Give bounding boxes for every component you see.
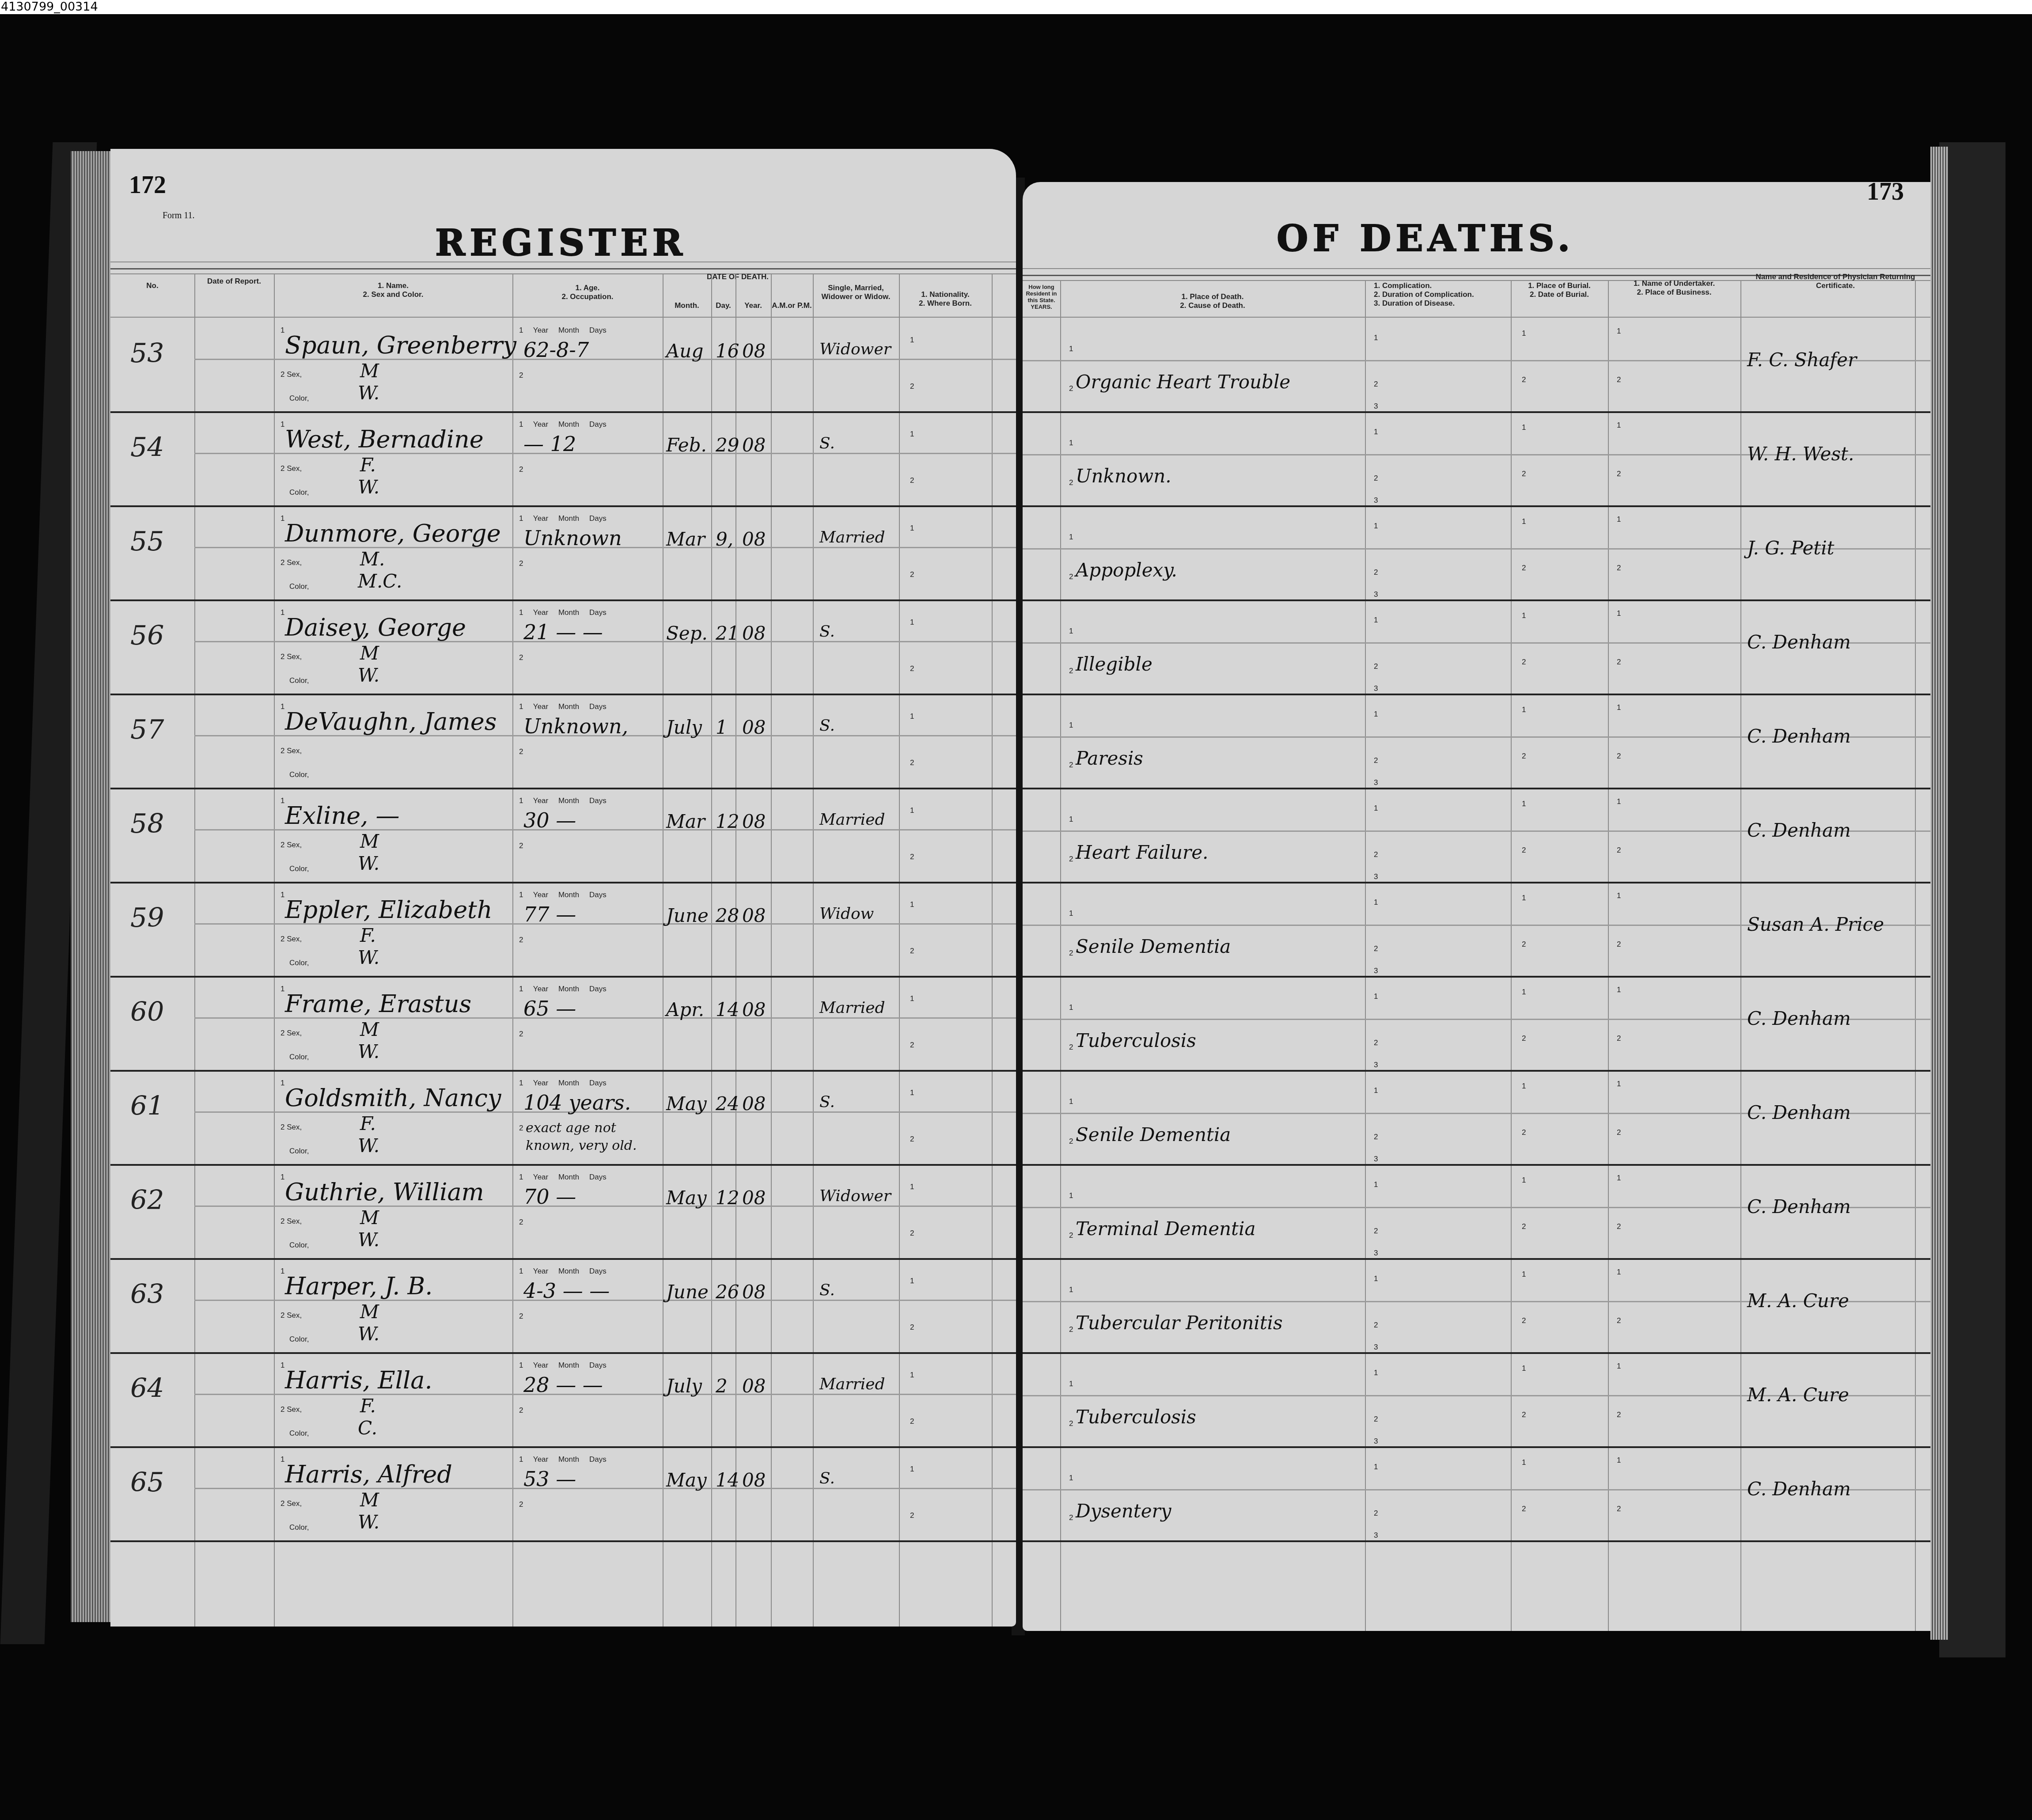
complication-label: 1: [1374, 428, 1378, 436]
death-year: 08: [742, 434, 766, 456]
register-row-left: 651Harris, Alfred2 Sex,MColor,W.1 Year M…: [110, 1447, 1016, 1541]
decedent-name: Spaun, Greenberry: [285, 331, 516, 359]
marital-status: Widow: [819, 905, 874, 923]
decedent-name: Guthrie, William: [285, 1178, 484, 1206]
burial-place-label: 1: [1522, 1176, 1526, 1185]
occupation-label: 2: [519, 1500, 523, 1509]
complication-duration-label: 2: [1374, 474, 1378, 483]
cause-of-death: Illegible: [1076, 653, 1152, 675]
decedent-color: W.: [358, 476, 379, 498]
occupation-label: 2: [519, 465, 523, 474]
age-units-label: 1 Year Month Days: [519, 985, 607, 993]
decedent-color: W.: [358, 1041, 379, 1062]
register-row-left: 601Frame, Erastus2 Sex,MColor,W.1 Year M…: [110, 977, 1016, 1071]
register-row-right: 12Senile Dementia1231212Susan A. Price: [1023, 883, 1930, 977]
death-month: Mar: [666, 811, 705, 832]
decedent-sex: M: [360, 642, 379, 664]
burial-place-label: 1: [1522, 517, 1526, 526]
sex-label: 2 Sex,: [281, 1405, 302, 1414]
color-label: Color,: [289, 1429, 309, 1438]
nationality-label: 1: [910, 618, 914, 627]
decedent-sex: M: [360, 1489, 379, 1511]
marital-status: S.: [819, 622, 835, 641]
register-row-left: 581Exline, —2 Sex,MColor,W.1 Year Month …: [110, 789, 1016, 883]
occupation-label: 2: [519, 1406, 523, 1415]
name-line-label: 1: [281, 702, 284, 711]
col-header-residence: How long Resident in this State. YEARS.: [1023, 284, 1060, 310]
sex-label: 2 Sex,: [281, 558, 302, 567]
undertaker-label: 1: [1617, 1080, 1621, 1088]
decedent-sex: M: [360, 830, 379, 852]
row-divider: [1023, 1540, 1930, 1542]
decedent-sex: M: [360, 360, 379, 382]
place-label: 1: [1069, 533, 1073, 542]
col-header-place-cause: 1. Place of Death. 2. Cause of Death.: [1060, 292, 1365, 310]
page-title-left: REGISTER: [435, 222, 687, 264]
complication-duration-label: 2: [1374, 662, 1378, 671]
cause-label: 2: [1069, 949, 1073, 958]
nationality-label: 1: [910, 336, 914, 345]
business-label: 2: [1617, 1410, 1621, 1419]
header-rule: [1023, 317, 1930, 318]
death-month: May: [666, 1469, 707, 1491]
image-id-label: 4130799_00314: [0, 0, 2032, 14]
book-cover-right: [1939, 142, 2005, 1657]
cause-of-death: Dysentery: [1076, 1500, 1171, 1522]
death-day: 16: [716, 340, 739, 362]
occupation-label: 2: [519, 1124, 523, 1133]
birthplace-label: 2: [910, 664, 914, 673]
decedent-name: West, Bernadine: [285, 425, 484, 453]
decedent-sex: F.: [360, 1395, 376, 1417]
death-day: 9,: [716, 528, 733, 550]
decedent-sex: F.: [360, 925, 376, 946]
page-edges-left: [71, 151, 110, 1622]
death-month: July: [666, 717, 702, 738]
complication-label: 1: [1374, 616, 1378, 625]
color-label: Color,: [289, 959, 309, 967]
sex-label: 2 Sex,: [281, 464, 302, 473]
complication-duration-label: 2: [1374, 756, 1378, 765]
complication-label: 1: [1374, 1369, 1378, 1377]
col-header-undertaker: 1. Name of Undertaker. 2. Place of Busin…: [1608, 279, 1740, 297]
color-label: Color,: [289, 676, 309, 685]
physician-name: W. H. West.: [1747, 443, 1854, 465]
complication-label: 1: [1374, 1180, 1378, 1189]
disease-duration-label: 3: [1374, 872, 1378, 881]
birthplace-label: 2: [910, 476, 914, 485]
color-label: Color,: [289, 1053, 309, 1062]
burial-date-label: 2: [1522, 940, 1526, 949]
physician-name: Susan A. Price: [1747, 914, 1884, 935]
register-row-left: 621Guthrie, William2 Sex,MColor,W.1 Year…: [110, 1165, 1016, 1259]
nationality-label: 1: [910, 1088, 914, 1097]
decedent-sex: M.: [360, 548, 385, 570]
color-label: Color,: [289, 864, 309, 873]
complication-label: 1: [1374, 804, 1378, 813]
register-row-right: 12Appoplexy.1231212J. G. Petit: [1023, 506, 1930, 600]
decedent-age: 65 —: [523, 997, 576, 1020]
decedent-name: Harris, Alfred: [285, 1460, 452, 1488]
burial-date-label: 2: [1522, 1410, 1526, 1419]
register-row-right: 12Tuberculosis1231212M. A. Cure: [1023, 1353, 1930, 1447]
disease-duration-label: 3: [1374, 1437, 1378, 1446]
marital-status: Married: [819, 1375, 885, 1393]
decedent-name: Dunmore, George: [285, 519, 501, 547]
complication-duration-label: 2: [1374, 1321, 1378, 1330]
nationality-label: 1: [910, 712, 914, 721]
page-title-right: OF DEATHS.: [1277, 217, 1574, 260]
place-label: 1: [1069, 1003, 1073, 1012]
complication-duration-label: 2: [1374, 1039, 1378, 1047]
cause-of-death: Paresis: [1076, 747, 1143, 769]
age-units-label: 1 Year Month Days: [519, 514, 607, 523]
undertaker-label: 1: [1617, 515, 1621, 524]
burial-date-label: 2: [1522, 1034, 1526, 1043]
marital-status: Married: [819, 528, 885, 546]
decedent-color: W.: [358, 853, 379, 874]
death-month: May: [666, 1093, 707, 1115]
place-label: 1: [1069, 627, 1073, 636]
sex-label: 2 Sex,: [281, 1123, 302, 1132]
death-day: 2: [716, 1375, 728, 1397]
entry-number: 53: [130, 338, 164, 369]
birthplace-label: 2: [910, 1417, 914, 1426]
place-label: 1: [1069, 909, 1073, 918]
cause-of-death: Tubercular Peritonitis: [1076, 1312, 1283, 1334]
occupation-label: 2: [519, 653, 523, 662]
death-day: 21: [716, 622, 739, 644]
occupation-label: 2: [519, 1030, 523, 1039]
disease-duration-label: 3: [1374, 1343, 1378, 1352]
cause-label: 2: [1069, 1325, 1073, 1334]
burial-place-label: 1: [1522, 1458, 1526, 1467]
complication-duration-label: 2: [1374, 1415, 1378, 1424]
cause-of-death: Senile Dementia: [1076, 936, 1231, 957]
death-month: Feb.: [666, 434, 707, 456]
complication-label: 1: [1374, 710, 1378, 719]
marital-status: S.: [819, 717, 835, 735]
birthplace-label: 2: [910, 758, 914, 767]
complication-label: 1: [1374, 1086, 1378, 1095]
death-day: 24: [716, 1093, 739, 1115]
decedent-age: 21 — —: [523, 620, 603, 644]
death-day: 28: [716, 905, 739, 926]
disease-duration-label: 3: [1374, 1061, 1378, 1069]
cause-of-death: Appoplexy.: [1076, 559, 1177, 581]
col-header-ampm: A.M.or P.M.: [771, 301, 813, 310]
decedent-occupation: exact age not known, very old.: [526, 1119, 658, 1155]
birthplace-label: 2: [910, 1229, 914, 1238]
business-label: 2: [1617, 752, 1621, 761]
sex-label: 2 Sex,: [281, 1217, 302, 1226]
complication-label: 1: [1374, 522, 1378, 531]
scan-background: 172 Form 11. REGISTER No. Date of Report…: [0, 14, 2032, 1820]
death-year: 08: [742, 622, 766, 644]
age-units-label: 1 Year Month Days: [519, 1361, 607, 1370]
death-month: May: [666, 1187, 707, 1209]
col-header-date-of-report: Date of Report.: [194, 277, 274, 286]
death-year: 08: [742, 999, 766, 1020]
name-line-label: 1: [281, 1455, 284, 1464]
register-row-right: 12Illegible1231212C. Denham: [1023, 600, 1930, 694]
decedent-color: W.: [358, 664, 379, 686]
name-line-label: 1: [281, 514, 284, 523]
header-rule: [1023, 268, 1930, 269]
nationality-label: 1: [910, 430, 914, 439]
color-label: Color,: [289, 1335, 309, 1344]
decedent-age: 30 —: [523, 808, 576, 832]
disease-duration-label: 3: [1374, 684, 1378, 693]
register-row-right: 12Tuberculosis1231212C. Denham: [1023, 977, 1930, 1071]
col-header-year: Year.: [735, 301, 771, 310]
nationality-label: 1: [910, 900, 914, 909]
complication-label: 1: [1374, 334, 1378, 342]
birthplace-label: 2: [910, 1323, 914, 1332]
burial-date-label: 2: [1522, 658, 1526, 667]
physician-name: C. Denham: [1747, 1196, 1851, 1217]
header-rule: [110, 262, 1016, 262]
cause-label: 2: [1069, 667, 1073, 675]
physician-name: C. Denham: [1747, 1008, 1851, 1029]
marital-status: Widower: [819, 340, 891, 358]
burial-date-label: 2: [1522, 1222, 1526, 1231]
undertaker-label: 1: [1617, 609, 1621, 618]
decedent-name: Harper, J. B.: [285, 1272, 432, 1300]
complication-duration-label: 2: [1374, 380, 1378, 389]
sex-label: 2 Sex,: [281, 652, 302, 661]
occupation-label: 2: [519, 842, 523, 850]
register-row-left: 591Eppler, Elizabeth2 Sex,F.Color,W.1 Ye…: [110, 883, 1016, 977]
burial-place-label: 1: [1522, 423, 1526, 432]
occupation-label: 2: [519, 371, 523, 380]
birthplace-label: 2: [910, 570, 914, 579]
physician-name: M. A. Cure: [1747, 1290, 1849, 1312]
name-line-label: 1: [281, 1361, 284, 1370]
burial-date-label: 2: [1522, 1128, 1526, 1137]
undertaker-label: 1: [1617, 891, 1621, 900]
decedent-sex: M: [360, 1207, 379, 1228]
decedent-sex: M: [360, 1301, 379, 1323]
name-line-label: 1: [281, 420, 284, 429]
nationality-label: 1: [910, 1277, 914, 1285]
occupation-label: 2: [519, 747, 523, 756]
disease-duration-label: 3: [1374, 1531, 1378, 1540]
entry-number: 55: [130, 526, 164, 557]
birthplace-label: 2: [910, 853, 914, 861]
color-label: Color,: [289, 770, 309, 779]
business-label: 2: [1617, 1505, 1621, 1513]
entry-number: 61: [130, 1091, 164, 1122]
register-row-right: 12Tubercular Peritonitis1231212M. A. Cur…: [1023, 1259, 1930, 1353]
entry-number: 63: [130, 1279, 164, 1310]
undertaker-label: 1: [1617, 421, 1621, 430]
register-row-right: 12Senile Dementia1231212C. Denham: [1023, 1071, 1930, 1165]
nationality-label: 1: [910, 1371, 914, 1380]
name-line-label: 1: [281, 1079, 284, 1088]
burial-place-label: 1: [1522, 329, 1526, 338]
occupation-label: 2: [519, 936, 523, 944]
age-units-label: 1 Year Month Days: [519, 608, 607, 617]
death-year: 08: [742, 1375, 766, 1397]
occupation-label: 2: [519, 1218, 523, 1227]
color-label: Color,: [289, 582, 309, 591]
decedent-sex: F.: [360, 1113, 376, 1134]
color-label: Color,: [289, 1147, 309, 1156]
age-units-label: 1 Year Month Days: [519, 891, 607, 899]
decedent-age: Unknown: [523, 526, 622, 550]
cause-label: 2: [1069, 1419, 1073, 1428]
name-line-label: 1: [281, 985, 284, 993]
register-row-left: 551Dunmore, George2 Sex,M.Color,M.C.1 Ye…: [110, 506, 1016, 600]
death-year: 08: [742, 905, 766, 926]
cause-of-death: Heart Failure.: [1076, 842, 1208, 863]
business-label: 2: [1617, 1316, 1621, 1325]
register-row-left: 611Goldsmith, Nancy2 Sex,F.Color,W.1 Yea…: [110, 1071, 1016, 1165]
cause-of-death: Tuberculosis: [1076, 1030, 1196, 1051]
physician-name: C. Denham: [1747, 1478, 1851, 1500]
decedent-name: Eppler, Elizabeth: [285, 896, 493, 924]
decedent-color: W.: [358, 1229, 379, 1251]
death-year: 08: [742, 528, 766, 550]
physician-name: C. Denham: [1747, 1102, 1851, 1123]
burial-place-label: 1: [1522, 611, 1526, 620]
death-day: 1: [716, 717, 728, 738]
age-units-label: 1 Year Month Days: [519, 1455, 607, 1464]
marital-status: S.: [819, 434, 835, 452]
age-units-label: 1 Year Month Days: [519, 702, 607, 711]
sex-label: 2 Sex,: [281, 935, 302, 944]
disease-duration-label: 3: [1374, 1249, 1378, 1258]
marital-status: S.: [819, 1281, 835, 1299]
col-header-marital: Single, Married, Widower or Widow.: [813, 284, 899, 301]
color-label: Color,: [289, 1523, 309, 1532]
sex-label: 2 Sex,: [281, 370, 302, 379]
decedent-age: — 12: [523, 432, 576, 456]
undertaker-label: 1: [1617, 1456, 1621, 1465]
register-row-right: 12Unknown.1231212W. H. West.: [1023, 412, 1930, 506]
cause-label: 2: [1069, 384, 1073, 393]
cause-label: 2: [1069, 1231, 1073, 1240]
undertaker-label: 1: [1617, 1362, 1621, 1371]
cause-of-death: Senile Dementia: [1076, 1124, 1231, 1145]
decedent-name: DeVaughn, James: [285, 708, 497, 736]
page-number-left: 172: [129, 171, 166, 199]
death-day: 12: [716, 811, 739, 832]
decedent-age: 28 — —: [523, 1373, 603, 1397]
name-line-label: 1: [281, 608, 284, 617]
register-row-right: 12Dysentery1231212C. Denham: [1023, 1447, 1930, 1541]
cause-of-death: Tuberculosis: [1076, 1406, 1196, 1428]
age-units-label: 1 Year Month Days: [519, 420, 607, 429]
row-divider: [110, 1540, 1016, 1542]
disease-duration-label: 3: [1374, 402, 1378, 411]
decedent-age: 104 years.: [523, 1091, 631, 1115]
physician-name: C. Denham: [1747, 819, 1851, 841]
register-row-right: 12Terminal Dementia1231212C. Denham: [1023, 1165, 1930, 1259]
name-line-label: 1: [281, 326, 284, 335]
complication-label: 1: [1374, 898, 1378, 907]
nationality-label: 1: [910, 994, 914, 1003]
disease-duration-label: 3: [1374, 967, 1378, 975]
physician-name: C. Denham: [1747, 725, 1851, 747]
death-year: 08: [742, 340, 766, 362]
decedent-color: M.C.: [358, 570, 402, 592]
disease-duration-label: 3: [1374, 590, 1378, 599]
age-units-label: 1 Year Month Days: [519, 796, 607, 805]
cause-label: 2: [1069, 478, 1073, 487]
burial-date-label: 2: [1522, 1316, 1526, 1325]
place-label: 1: [1069, 1285, 1073, 1294]
marital-status: Married: [819, 811, 885, 829]
entry-number: 58: [130, 808, 164, 839]
page-edges-right: [1930, 147, 1948, 1640]
cause-of-death: Terminal Dementia: [1076, 1218, 1255, 1240]
sex-label: 2 Sex,: [281, 1311, 302, 1320]
cause-of-death: Organic Heart Trouble: [1076, 371, 1290, 393]
burial-place-label: 1: [1522, 800, 1526, 808]
place-label: 1: [1069, 1380, 1073, 1388]
sex-label: 2 Sex,: [281, 1499, 302, 1508]
undertaker-label: 1: [1617, 327, 1621, 336]
occupation-label: 2: [519, 1312, 523, 1321]
business-label: 2: [1617, 940, 1621, 949]
burial-date-label: 2: [1522, 564, 1526, 573]
register-row-left: 541West, Bernadine2 Sex,F.Color,W.1 Year…: [110, 412, 1016, 506]
color-label: Color,: [289, 488, 309, 497]
complication-label: 1: [1374, 1463, 1378, 1471]
burial-place-label: 1: [1522, 894, 1526, 902]
header-rule: [110, 317, 1016, 318]
decedent-age: 53 —: [523, 1467, 576, 1491]
col-header-burial: 1. Place of Burial. 2. Date of Burial.: [1511, 281, 1608, 299]
burial-place-label: 1: [1522, 1082, 1526, 1091]
decedent-name: Daisey, George: [285, 614, 466, 641]
decedent-color: W.: [358, 382, 379, 404]
decedent-color: W.: [358, 947, 379, 968]
decedent-name: Harris, Ella.: [285, 1366, 432, 1394]
cause-label: 2: [1069, 1043, 1073, 1052]
burial-place-label: 1: [1522, 705, 1526, 714]
col-header-age: 1. Age. 2. Occupation.: [512, 284, 663, 301]
decedent-age: 77 —: [523, 902, 576, 926]
entry-number: 65: [130, 1467, 164, 1498]
name-line-label: 1: [281, 891, 284, 899]
place-label: 1: [1069, 815, 1073, 824]
decedent-name: Frame, Erastus: [285, 990, 471, 1018]
decedent-age: 62-8-7: [523, 338, 589, 362]
name-line-label: 1: [281, 1173, 284, 1182]
death-month: Apr.: [666, 999, 704, 1020]
register-row-right: 12Organic Heart Trouble1231212F. C. Shaf…: [1023, 318, 1930, 412]
disease-duration-label: 3: [1374, 778, 1378, 787]
entry-number: 54: [130, 432, 164, 463]
burial-place-label: 1: [1522, 988, 1526, 997]
col-header-day: Day.: [711, 301, 735, 310]
cause-label: 2: [1069, 1513, 1073, 1522]
burial-date-label: 2: [1522, 752, 1526, 761]
decedent-sex: M: [360, 1019, 379, 1040]
undertaker-label: 1: [1617, 1268, 1621, 1277]
entry-number: 62: [130, 1185, 164, 1216]
header-rule: [110, 273, 1016, 274]
death-month: Mar: [666, 528, 705, 550]
death-year: 08: [742, 1281, 766, 1303]
entry-number: 56: [130, 620, 164, 651]
business-label: 2: [1617, 658, 1621, 667]
marital-status: Married: [819, 999, 885, 1017]
undertaker-label: 1: [1617, 1174, 1621, 1183]
